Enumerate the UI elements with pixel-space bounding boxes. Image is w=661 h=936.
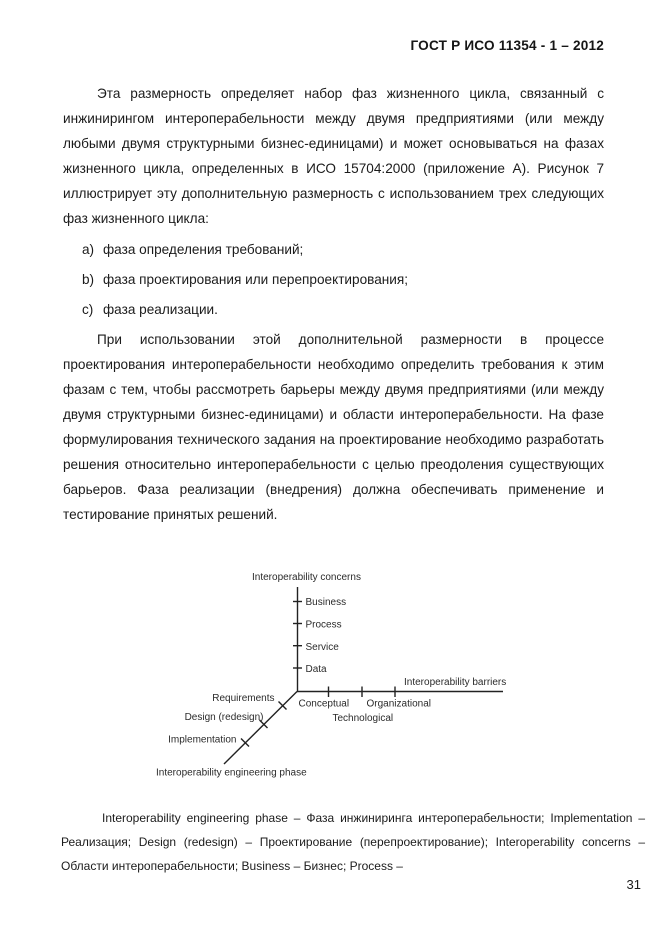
phase-list: a) фаза определения требований; b) фаза …	[63, 237, 604, 322]
concerns-tick-label-process: Process	[306, 620, 342, 631]
concerns-tick-label-data: Data	[306, 664, 328, 675]
document-body: Эта размерность определяет набор фаз жиз…	[63, 81, 604, 527]
body-paragraph-1: Эта размерность определяет набор фаз жиз…	[63, 81, 604, 231]
barriers-axis-title: Interoperability barriers	[404, 677, 506, 688]
list-item: a) фаза определения требований;	[63, 237, 604, 262]
document-header: ГОСТ Р ИСО 11354 - 1 – 2012	[63, 38, 604, 53]
phase-tick-label-requirements: Requirements	[212, 693, 274, 704]
page-number: 31	[627, 877, 641, 892]
figure-caption: Interoperability engineering phase – Фаз…	[61, 806, 645, 878]
phase-tick-label-implementation: Implementation	[168, 735, 236, 746]
phase-tick-label-design: Design (redesign)	[185, 712, 264, 723]
document-page: ГОСТ Р ИСО 11354 - 1 – 2012 Эта размерно…	[0, 0, 661, 936]
list-item-marker: b)	[82, 267, 103, 292]
list-item-marker: c)	[82, 297, 103, 322]
barriers-tick-label-technological: Technological	[333, 713, 394, 724]
list-item: b) фаза проектирования или перепроектиро…	[63, 267, 604, 292]
concerns-tick-label-service: Service	[306, 642, 340, 653]
barriers-tick-label-organizational: Organizational	[367, 699, 431, 710]
axis-tick	[279, 702, 287, 710]
list-item-marker: a)	[82, 237, 103, 262]
concerns-tick-label-business: Business	[306, 597, 347, 608]
body-paragraph-2: При использовании этой дополнительной ра…	[63, 327, 604, 527]
list-item-text: фаза определения требований;	[103, 237, 303, 262]
list-item-text: фаза проектирования или перепроектирован…	[103, 267, 408, 292]
list-item: c) фаза реализации.	[63, 297, 604, 322]
axis-tick	[260, 720, 268, 728]
concerns-axis-title: Interoperability concerns	[252, 572, 361, 583]
phase-axis-line	[224, 692, 297, 765]
barriers-tick-label-conceptual: Conceptual	[299, 699, 350, 710]
list-item-text: фаза реализации.	[103, 297, 218, 322]
axis-tick	[241, 739, 249, 747]
phase-axis-title: Interoperability engineering phase	[156, 768, 307, 779]
